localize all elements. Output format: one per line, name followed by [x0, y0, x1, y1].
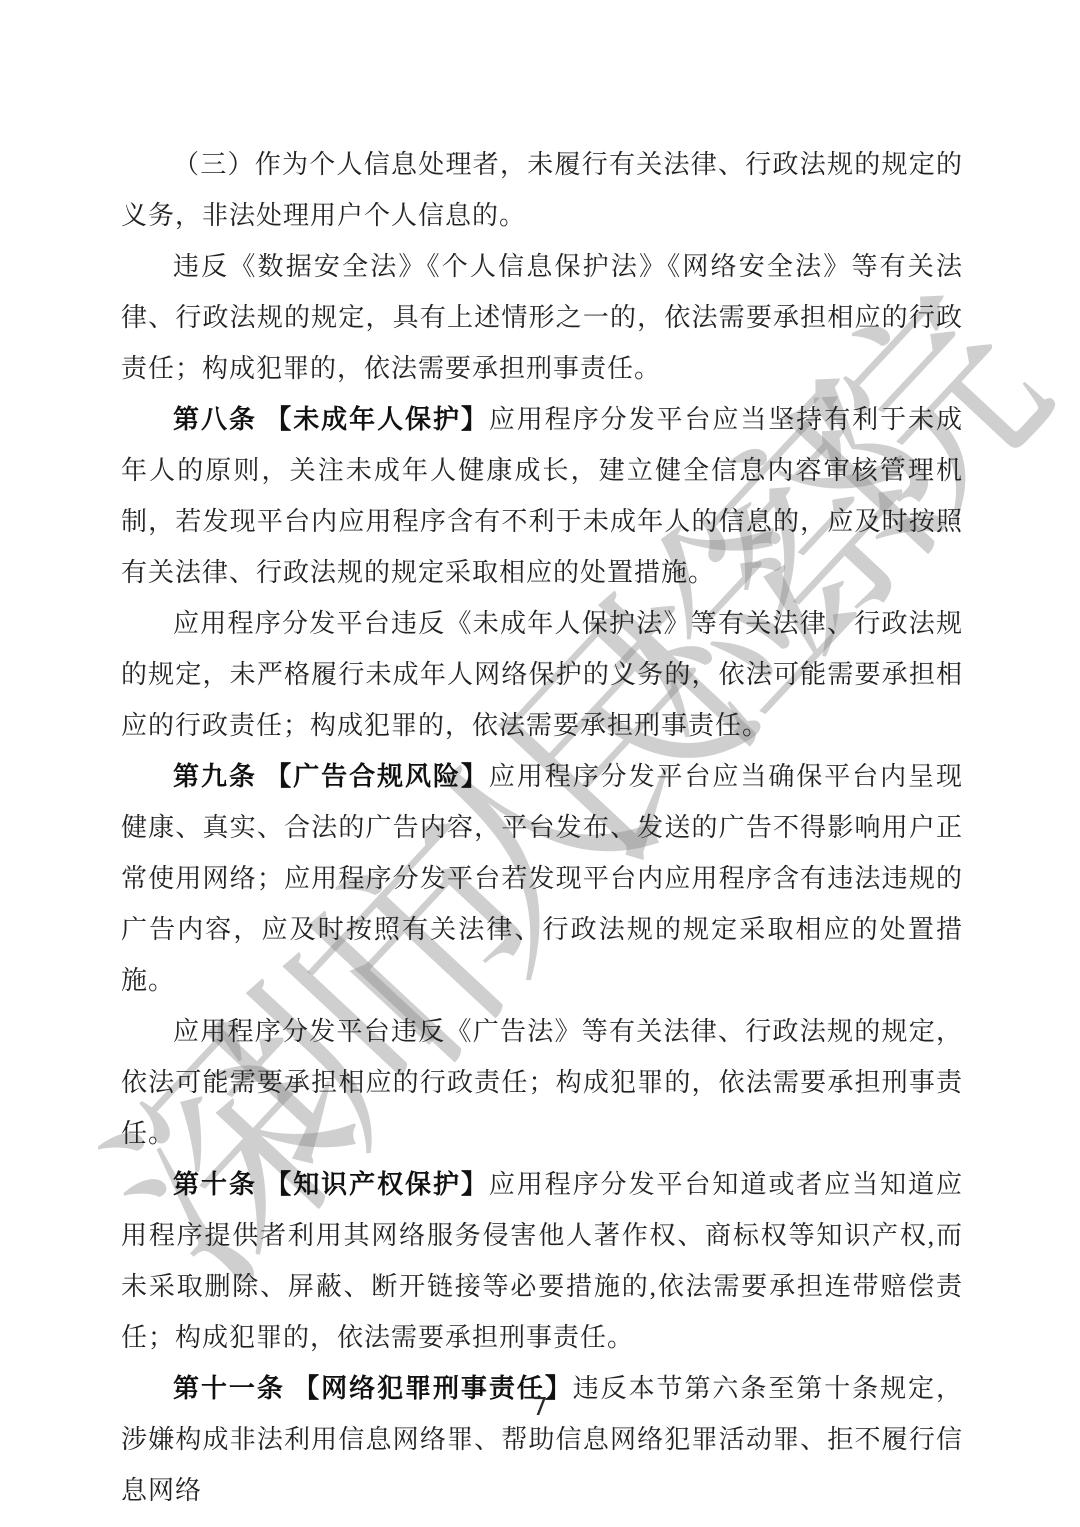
paragraph: （三）作为个人信息处理者，未履行有关法律、行政法规的规定的义务，非法处理用户个人… — [121, 139, 963, 241]
paragraph-text: 应用程序分发平台违反《未成年人保护法》等有关法律、行政法规的规定，未严格履行未成… — [121, 609, 963, 740]
paragraph: 第九条 【广告合规风险】应用程序分发平台应当确保平台内呈现健康、真实、合法的广告… — [121, 751, 963, 1006]
page-number: 7 — [0, 1392, 1080, 1421]
paragraph-text: 应用程序分发平台应当确保平台内呈现健康、真实、合法的广告内容，平台发布、发送的广… — [121, 762, 963, 995]
paragraph: 应用程序分发平台违反《未成年人保护法》等有关法律、行政法规的规定，未严格履行未成… — [121, 598, 963, 751]
article-heading-ip-protection: 第十条 【知识产权保护】 — [173, 1170, 489, 1199]
article-heading-minor-protection: 第八条 【未成年人保护】 — [173, 405, 489, 434]
paragraph: 第十一条 【网络犯罪刑事责任】违反本节第六条至第十条规定，涉嫌构成非法利用信息网… — [121, 1363, 963, 1516]
article-heading-ad-compliance: 第九条 【广告合规风险】 — [173, 762, 489, 791]
paragraph: 违反《数据安全法》《个人信息保护法》《网络安全法》等有关法律、行政法规的规定，具… — [121, 241, 963, 394]
paragraph: 应用程序分发平台违反《广告法》等有关法律、行政法规的规定，依法可能需要承担相应的… — [121, 1006, 963, 1159]
paragraph-text: 应用程序分发平台违反《广告法》等有关法律、行政法规的规定，依法可能需要承担相应的… — [121, 1017, 963, 1148]
paragraph: 第十条 【知识产权保护】应用程序分发平台知道或者应当知道应用程序提供者利用其网络… — [121, 1159, 963, 1363]
paragraph-text: 违反《数据安全法》《个人信息保护法》《网络安全法》等有关法律、行政法规的规定，具… — [121, 252, 963, 383]
paragraph-text: （三）作为个人信息处理者，未履行有关法律、行政法规的规定的义务，非法处理用户个人… — [121, 150, 963, 230]
document-page: 深圳市人民检察院 （三）作为个人信息处理者，未履行有关法律、行政法规的规定的义务… — [0, 0, 1080, 1527]
paragraph: 第八条 【未成年人保护】应用程序分发平台应当坚持有利于未成年人的原则，关注未成年… — [121, 394, 963, 598]
document-body: （三）作为个人信息处理者，未履行有关法律、行政法规的规定的义务，非法处理用户个人… — [121, 139, 963, 1516]
